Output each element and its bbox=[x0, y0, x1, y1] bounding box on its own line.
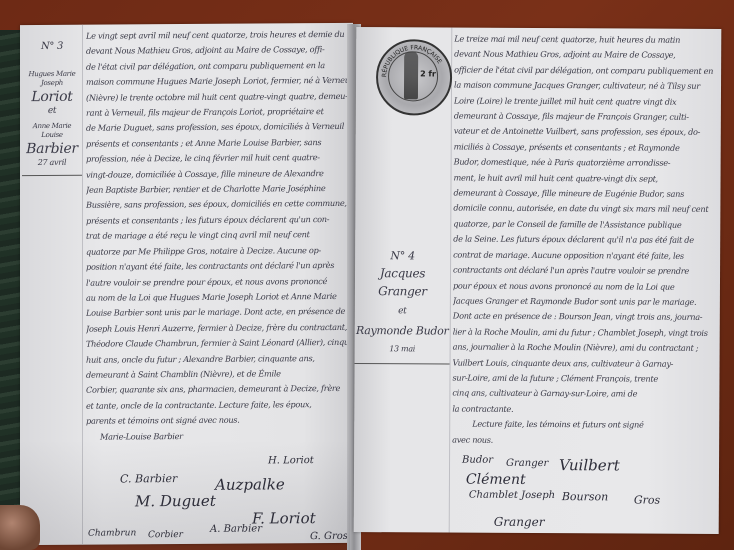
signature: Auzpalke bbox=[215, 475, 285, 493]
signature: Chamblet Joseph bbox=[469, 490, 555, 501]
left-signatures: C. Barbier H. Loriot Auzpalke M. Duguet … bbox=[20, 23, 353, 545]
signature: M. Duguet bbox=[135, 492, 216, 511]
signature: C. Barbier bbox=[120, 472, 177, 485]
signature: Clément bbox=[466, 472, 526, 488]
signature: Granger bbox=[494, 515, 545, 529]
signature: Corbier bbox=[148, 530, 183, 540]
signature: Bourson bbox=[562, 490, 608, 503]
signature: G. Gros bbox=[310, 531, 348, 542]
signature: Budor bbox=[462, 455, 493, 466]
signature: Chambrun bbox=[88, 528, 136, 538]
signature: Granger bbox=[506, 458, 548, 469]
left-page: N° 3 Hugues Marie Joseph Loriot et Anne … bbox=[20, 23, 353, 545]
right-page: 2 fr RÉPUBLIQUE FRANÇAISE N° 4 Jacques G… bbox=[354, 27, 722, 534]
right-signatures: Budor Granger Vuilbert Clément Chamblet … bbox=[354, 27, 722, 534]
signature: Gros bbox=[634, 494, 660, 507]
thumb-holding-page bbox=[0, 505, 40, 550]
signature: A. Barbier bbox=[210, 523, 262, 534]
signature: H. Loriot bbox=[268, 455, 314, 466]
signature: Vuilbert bbox=[559, 456, 620, 474]
